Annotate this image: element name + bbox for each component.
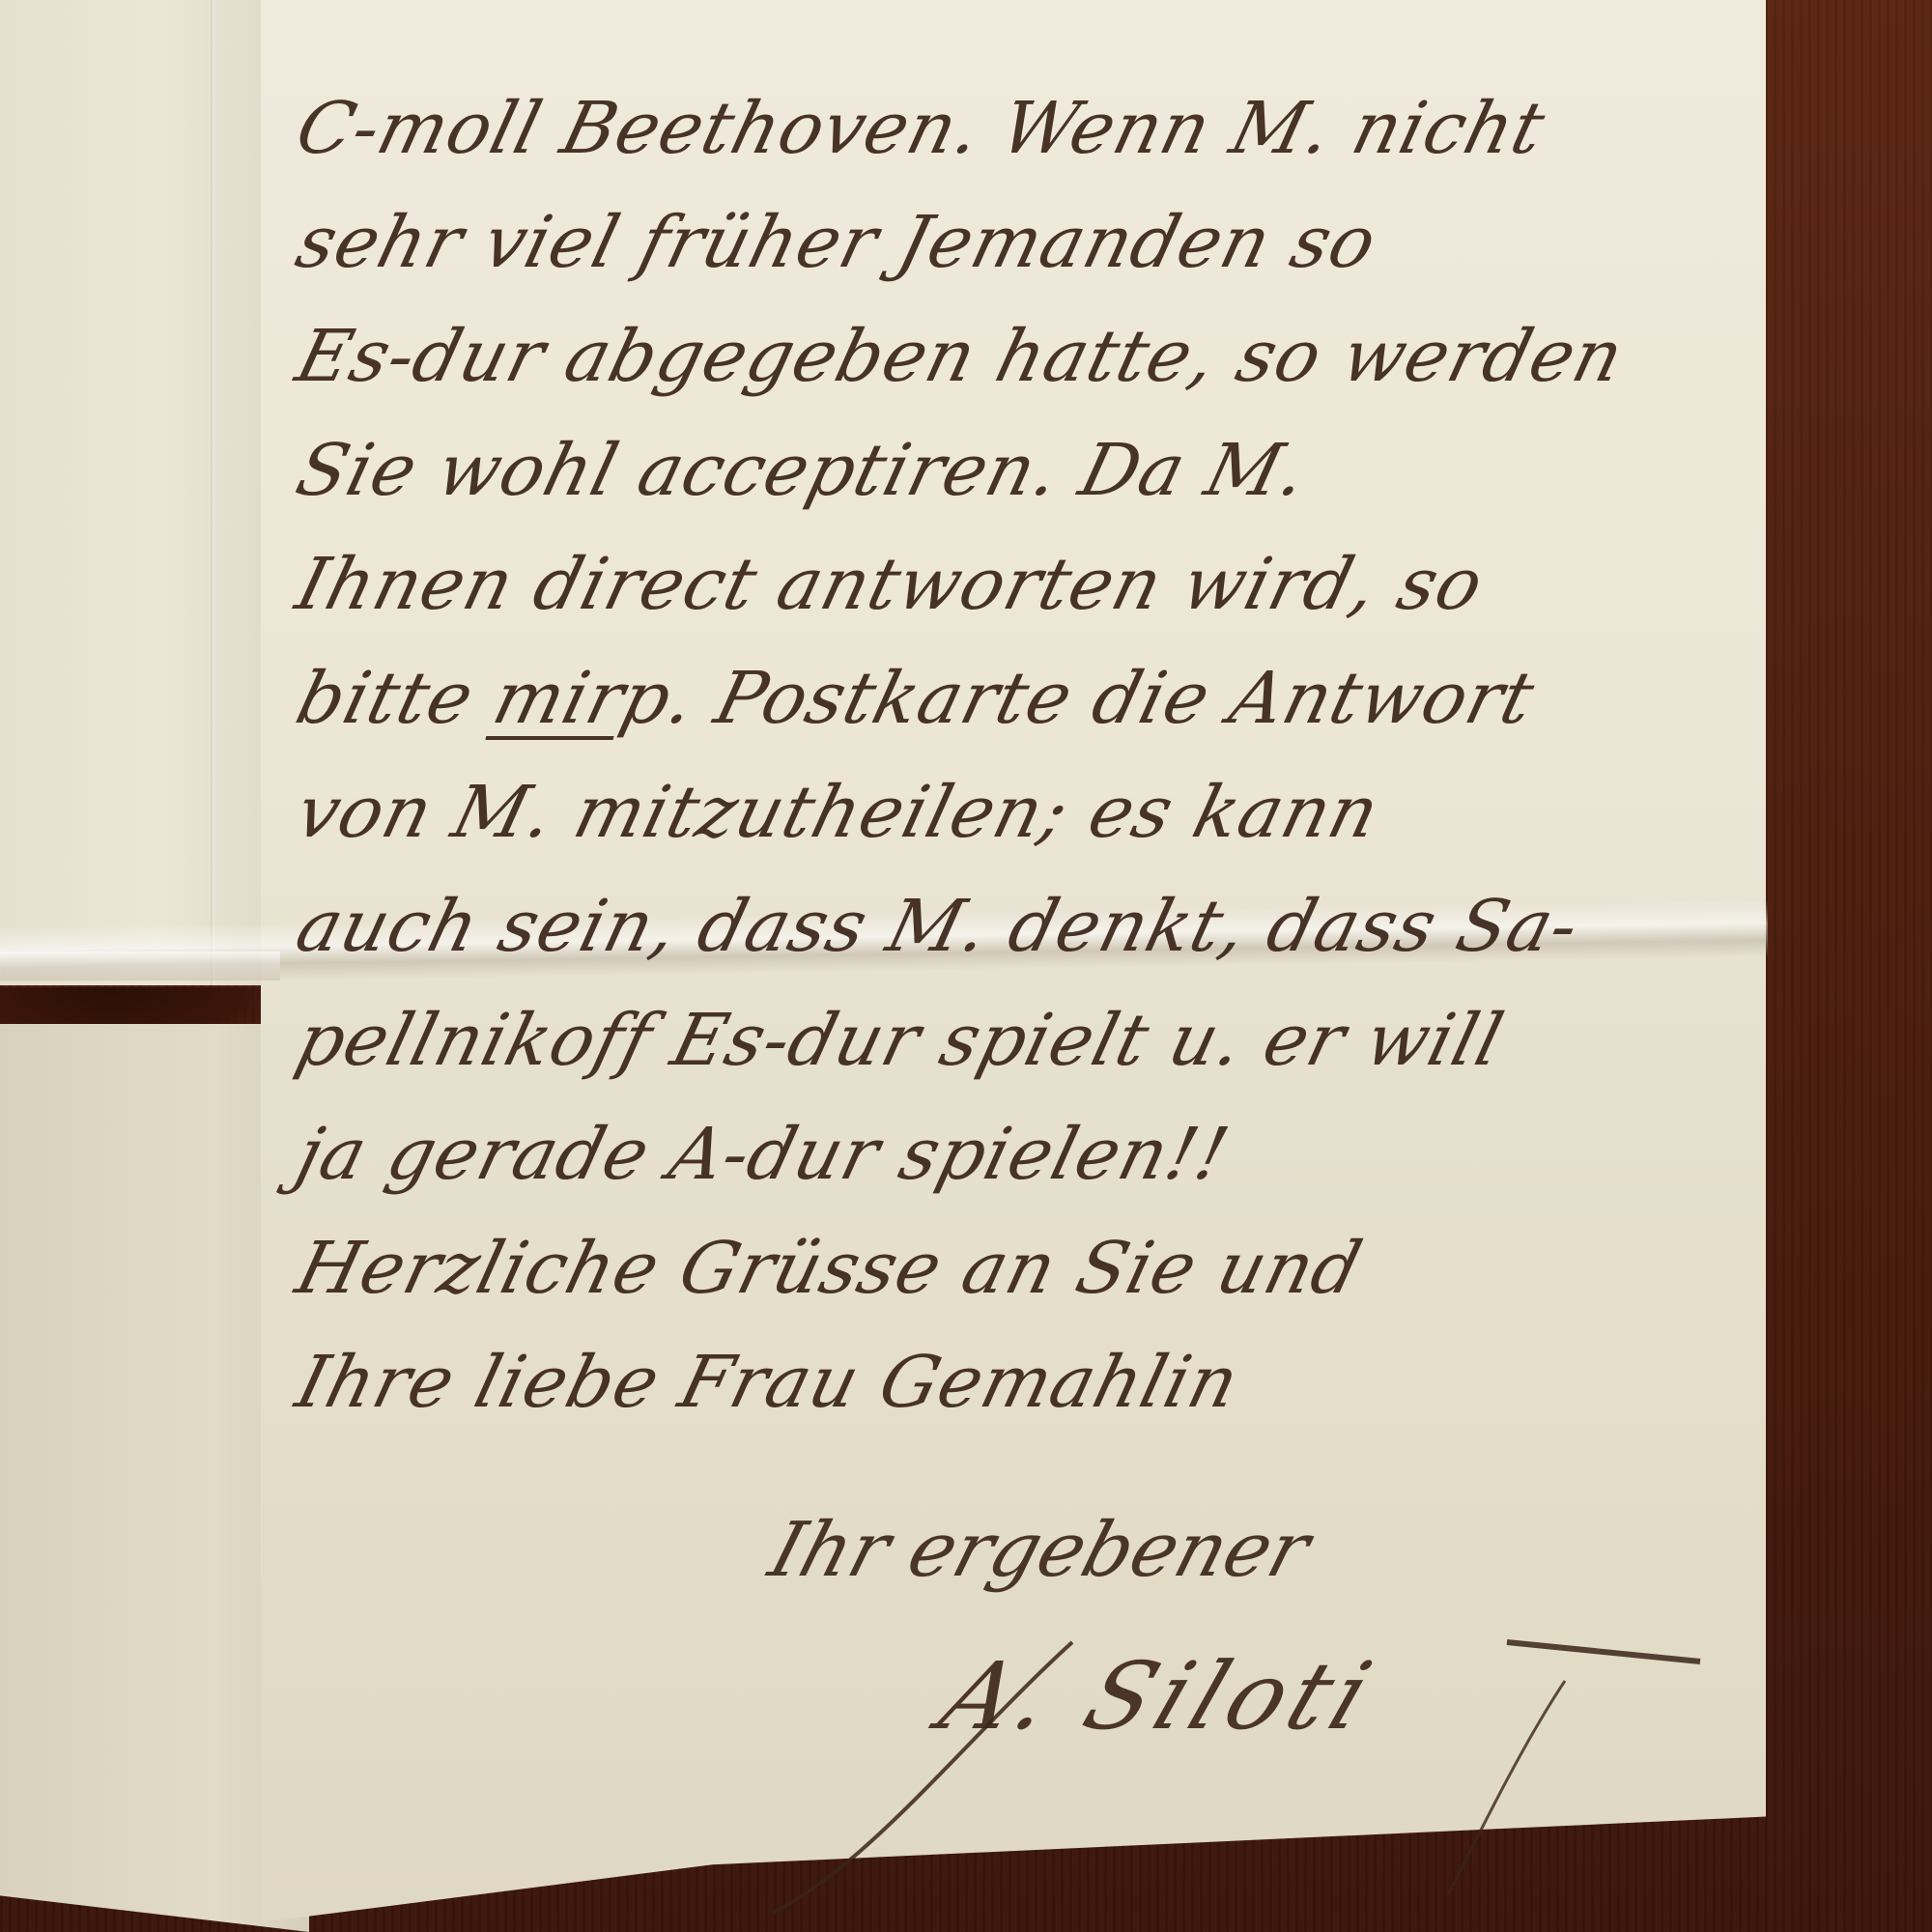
line-text-after: p. Postkarte die Antwort [614, 663, 1542, 734]
letter-line: sehr viel früher Jemanden so [290, 164, 1767, 278]
letter-line-with-underline: bitte mir p. Postkarte die Antwort [290, 620, 1767, 734]
letter-line: Ihnen direct antworten wird, so [290, 506, 1767, 620]
letter-line: pellnikoff Es-dur spielt u. er will [290, 962, 1767, 1076]
left-fold-crease [0, 952, 280, 980]
letter-line: auch sein, dass M. denkt, dass Sa- [290, 848, 1767, 962]
letter-line: Es-dur abgegeben hatte, so werden [290, 278, 1767, 392]
letter-line: Ihre liebe Frau Gemahlin [290, 1304, 1767, 1418]
letter-line: Herzliche Grüsse an Sie und [290, 1190, 1767, 1304]
letter-line: ja gerade A-dur spielen!! [290, 1076, 1767, 1190]
page-gutter [211, 0, 214, 985]
letter-line: von M. mitzutheilen; es kann [290, 734, 1767, 848]
signature-flourish-icon [753, 1623, 1719, 1932]
underlined-word: mir [487, 663, 633, 734]
letter-line: C-moll Beethoven. Wenn M. nicht [290, 77, 1760, 164]
left-page-upper [0, 0, 261, 985]
line-text-before: bitte [290, 663, 481, 734]
letter-line: Sie wohl acceptiren. Da M. [290, 392, 1767, 506]
letter-body: C-moll Beethoven. Wenn M. nicht sehr vie… [290, 77, 1739, 1418]
letter-closing: Ihr ergebener [760, 1507, 1319, 1594]
